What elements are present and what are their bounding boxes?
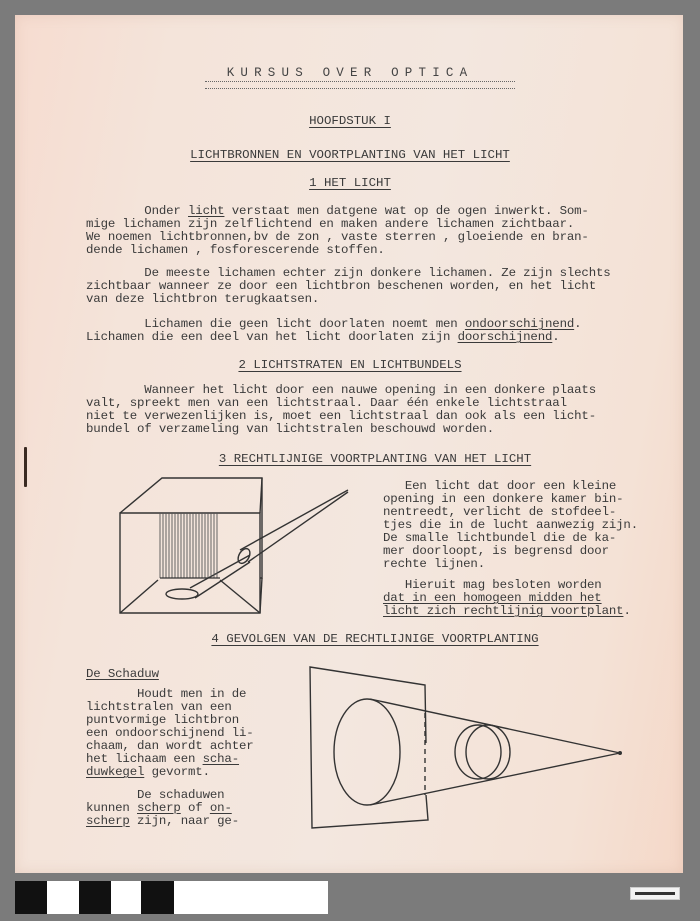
document-title: KURSUS OVER OPTICA xyxy=(0,66,700,80)
calibration-block-black-2 xyxy=(79,881,111,914)
calibration-block-white-1 xyxy=(47,881,79,914)
s1-p2-line3: van deze lichtbron terugkaatsen. xyxy=(86,293,319,306)
calibration-block-white-wide xyxy=(174,881,328,914)
section-4-heading: 4 GEVOLGEN VAN DE RECHTLIJNIGE VOORTPLAN… xyxy=(0,632,700,646)
archive-label xyxy=(630,887,680,900)
s2-line4: bundel of verzameling van lichtstralen b… xyxy=(86,423,494,436)
s1-p3-line2: Lichamen die een deel van het licht door… xyxy=(86,331,560,344)
calibration-block-white-2 xyxy=(111,881,141,914)
title-double-underline xyxy=(205,81,515,89)
s1-p1-line4: dende lichamen , fosforescerende stoffen… xyxy=(86,244,385,257)
s4-line10: scherp zijn, naar ge- xyxy=(86,815,239,828)
chapter-heading: HOOFDSTUK I xyxy=(0,114,700,128)
section-2-heading: 2 LICHTSTRATEN EN LICHTBUNDELS xyxy=(0,358,700,372)
s3-conclusion-3: licht zich rechtlijnig voortplant. xyxy=(383,605,631,618)
s3-line7: rechte lijnen. xyxy=(383,558,485,571)
calibration-block-black-1 xyxy=(15,881,47,914)
camera-obscura-figure xyxy=(100,470,370,630)
section-1-heading: 1 HET LICHT xyxy=(0,176,700,190)
shadow-subheading: De Schaduw xyxy=(86,668,159,681)
shadow-cone-figure xyxy=(290,655,640,840)
chapter-subtitle: LICHTBRONNEN EN VOORTPLANTING VAN HET LI… xyxy=(0,148,700,162)
calibration-block-black-3 xyxy=(141,881,174,914)
s4-line7: duwkegel gevormt. xyxy=(86,766,210,779)
section-3-heading: 3 RECHTLIJNIGE VOORTPLANTING VAN HET LIC… xyxy=(0,452,700,466)
